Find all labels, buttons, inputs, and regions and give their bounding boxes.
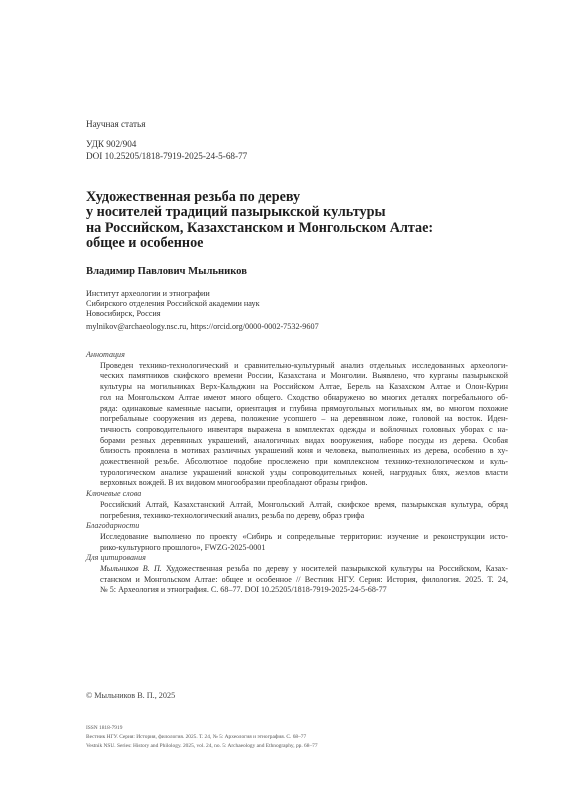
acknowledgements-line: рико-культурного прошлого», FWZG-2025-00…	[100, 543, 508, 554]
citation-body: Мыльников В. П. Художественная резьба по…	[100, 564, 508, 596]
author-contacts[interactable]: mylnikov@archaeology.nsc.ru, https://orc…	[86, 322, 319, 331]
citation-text: Художественная резьба по дереву у носите…	[162, 564, 508, 573]
abstract-line: близость проявлена в мотивах различных у…	[100, 446, 508, 457]
keywords-line: погребения, технико-технологический анал…	[100, 511, 508, 522]
journal-citation-ru: Вестник НГУ. Серия: История, филология. …	[86, 733, 318, 742]
title-line: общее и особенное	[86, 236, 433, 251]
keywords-label: Ключевые слова	[86, 489, 508, 500]
doi[interactable]: DOI 10.25205/1818-7919-2025-24-5-68-77	[86, 151, 247, 161]
title-line: на Российском, Казахстанском и Монгольск…	[86, 221, 433, 236]
abstract-body: Проведен технико-технологический и сравн…	[100, 361, 508, 489]
abstract-line: культуры на могильниках Верх-Кальджин на…	[100, 382, 508, 393]
abstract-line: Проведен технико-технологический и сравн…	[100, 361, 508, 372]
abstract-line: борами резных деревянных украшений, анал…	[100, 436, 508, 447]
title-line: Художественная резьба по дереву	[86, 190, 433, 205]
acknowledgements-label: Благодарности	[86, 521, 508, 532]
author-name: Владимир Павлович Мыльников	[86, 266, 247, 277]
author-affiliation: Институт археологии и этнографии Сибирск…	[86, 289, 260, 320]
article-title: Художественная резьба по дереву у носите…	[86, 190, 433, 252]
issn: ISSN 1818-7919	[86, 724, 318, 733]
abstract-line: погребальные сооружения из дерева, полож…	[100, 414, 508, 425]
abstract-line: ряда: одинаковые каменные насыпи, ориент…	[100, 404, 508, 415]
journal-citation-en: Vestnik NSU. Series: History and Philolo…	[86, 742, 318, 751]
abstract-line: ческих памятников скифского времени Росс…	[100, 371, 508, 382]
keywords-line: Российский Алтай, Казахстанский Алтай, М…	[100, 500, 508, 511]
citation-line: станском и Монгольском Алтае: общее и ос…	[100, 575, 508, 586]
abstract-line: турологическом анализе украшений конской…	[100, 468, 508, 479]
citation-line: Мыльников В. П. Художественная резьба по…	[100, 564, 508, 575]
copyright-notice: © Мыльников В. П., 2025	[86, 691, 175, 700]
abstract-line: верховных вождей. В их видовом многообра…	[100, 478, 508, 489]
affiliation-line: Сибирского отделения Российской академии…	[86, 299, 260, 309]
acknowledgements-body: Исследование выполнено по проекту «Сибир…	[100, 532, 508, 553]
keywords-body: Российский Алтай, Казахстанский Алтай, М…	[100, 500, 508, 521]
title-line: у носителей традиций пазырыкской культур…	[86, 205, 433, 220]
acknowledgements-line: Исследование выполнено по проекту «Сибир…	[100, 532, 508, 543]
affiliation-line: Институт археологии и этнографии	[86, 289, 260, 299]
citation-label: Для цитирования	[86, 553, 508, 564]
article-type: Научная статья	[86, 119, 145, 129]
abstract-label: Аннотация	[86, 350, 508, 361]
udk-code: УДК 902/904	[86, 139, 136, 149]
citation-author: Мыльников В. П.	[100, 564, 162, 573]
abstract-line: тичность сопроводительного инвентаря выр…	[100, 425, 508, 436]
citation-line: № 5: Археология и этнография. С. 68–77. …	[100, 585, 508, 596]
abstract-line: дожественной резьбе. Абсолютное подобие …	[100, 457, 508, 468]
abstract-line: гол на Монгольском Алтае имеют много общ…	[100, 393, 508, 404]
page-footer: ISSN 1818-7919 Вестник НГУ. Серия: Истор…	[86, 724, 318, 751]
affiliation-line: Новосибирск, Россия	[86, 309, 260, 319]
article-metadata: Аннотация Проведен технико-технологическ…	[86, 350, 508, 596]
